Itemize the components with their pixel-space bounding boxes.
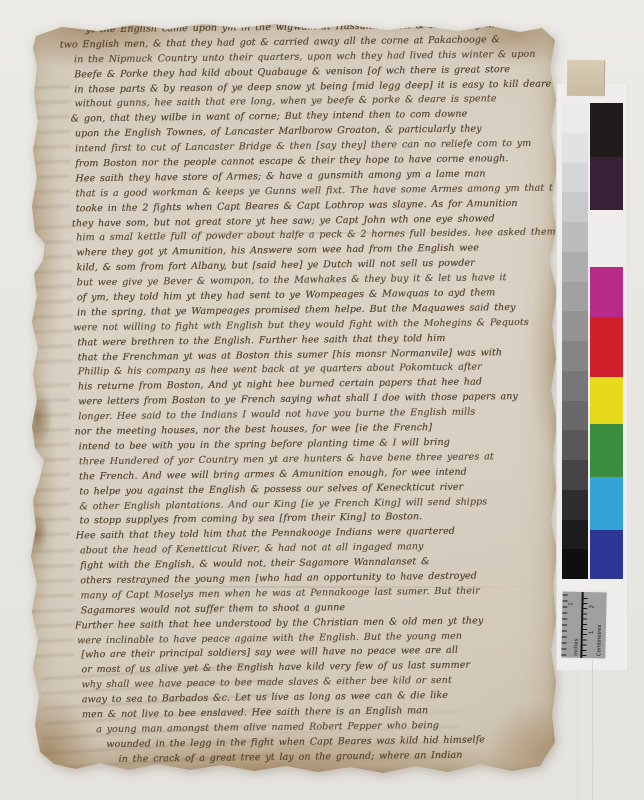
manuscript-paper: 358 yt the English came upon ym in the w… bbox=[28, 20, 557, 773]
color-patch-red bbox=[590, 317, 623, 377]
color-patch-black bbox=[590, 103, 623, 157]
ruler-inches-row: Inches 1 bbox=[561, 592, 581, 658]
grayscale-step bbox=[562, 163, 588, 193]
scan-mount: 358 yt the English came upon ym in the w… bbox=[0, 0, 644, 800]
color-patch-cyan bbox=[590, 477, 623, 530]
grayscale-strip bbox=[562, 103, 588, 579]
ruler-centimetres-label: Centimetres bbox=[596, 624, 603, 656]
manuscript-text: yt the English came upon ym in the wigwa… bbox=[23, 18, 561, 769]
color-patch-yellow bbox=[590, 377, 623, 424]
ruler-cm-ticks bbox=[582, 594, 587, 656]
ruler-inches-label: Inches bbox=[573, 638, 579, 656]
grayscale-step bbox=[562, 490, 588, 520]
ruler-centimetres-row: 1 2 Centimetres bbox=[582, 592, 604, 658]
ruler-inch-ticks bbox=[561, 594, 567, 656]
ruler-inch-number: 1 bbox=[568, 602, 574, 605]
grayscale-step bbox=[562, 371, 588, 401]
ruler-cm-number: 1 bbox=[589, 631, 595, 634]
color-patch-column bbox=[590, 103, 623, 579]
color-patch-blue bbox=[590, 530, 623, 579]
grayscale-step bbox=[562, 401, 588, 431]
ruler-chip: Inches 1 1 2 Centimetres bbox=[561, 592, 606, 659]
grayscale-step bbox=[562, 311, 588, 341]
mount-crease bbox=[577, 668, 578, 800]
manuscript-page: 358 yt the English came upon ym in the w… bbox=[0, 0, 644, 800]
grayscale-step bbox=[562, 460, 588, 490]
grayscale-step bbox=[562, 192, 588, 222]
grayscale-step bbox=[562, 341, 588, 371]
grayscale-step bbox=[562, 520, 588, 550]
ruler-cm-number: 2 bbox=[589, 605, 595, 608]
mount-crease bbox=[592, 660, 593, 800]
grayscale-step bbox=[562, 252, 588, 282]
grayscale-step bbox=[562, 133, 588, 163]
grayscale-step bbox=[562, 549, 588, 579]
grayscale-step bbox=[562, 282, 588, 312]
color-patch-green bbox=[590, 424, 623, 477]
ruler-face: Inches 1 1 2 Centimetres bbox=[561, 592, 606, 659]
color-patch-gap bbox=[590, 210, 623, 267]
color-patch-aubergine bbox=[590, 157, 623, 210]
grayscale-step bbox=[562, 103, 588, 133]
grayscale-step bbox=[562, 222, 588, 252]
calibration-card-tab bbox=[567, 60, 605, 97]
color-patch-magenta bbox=[590, 267, 623, 317]
grayscale-step bbox=[562, 430, 588, 460]
